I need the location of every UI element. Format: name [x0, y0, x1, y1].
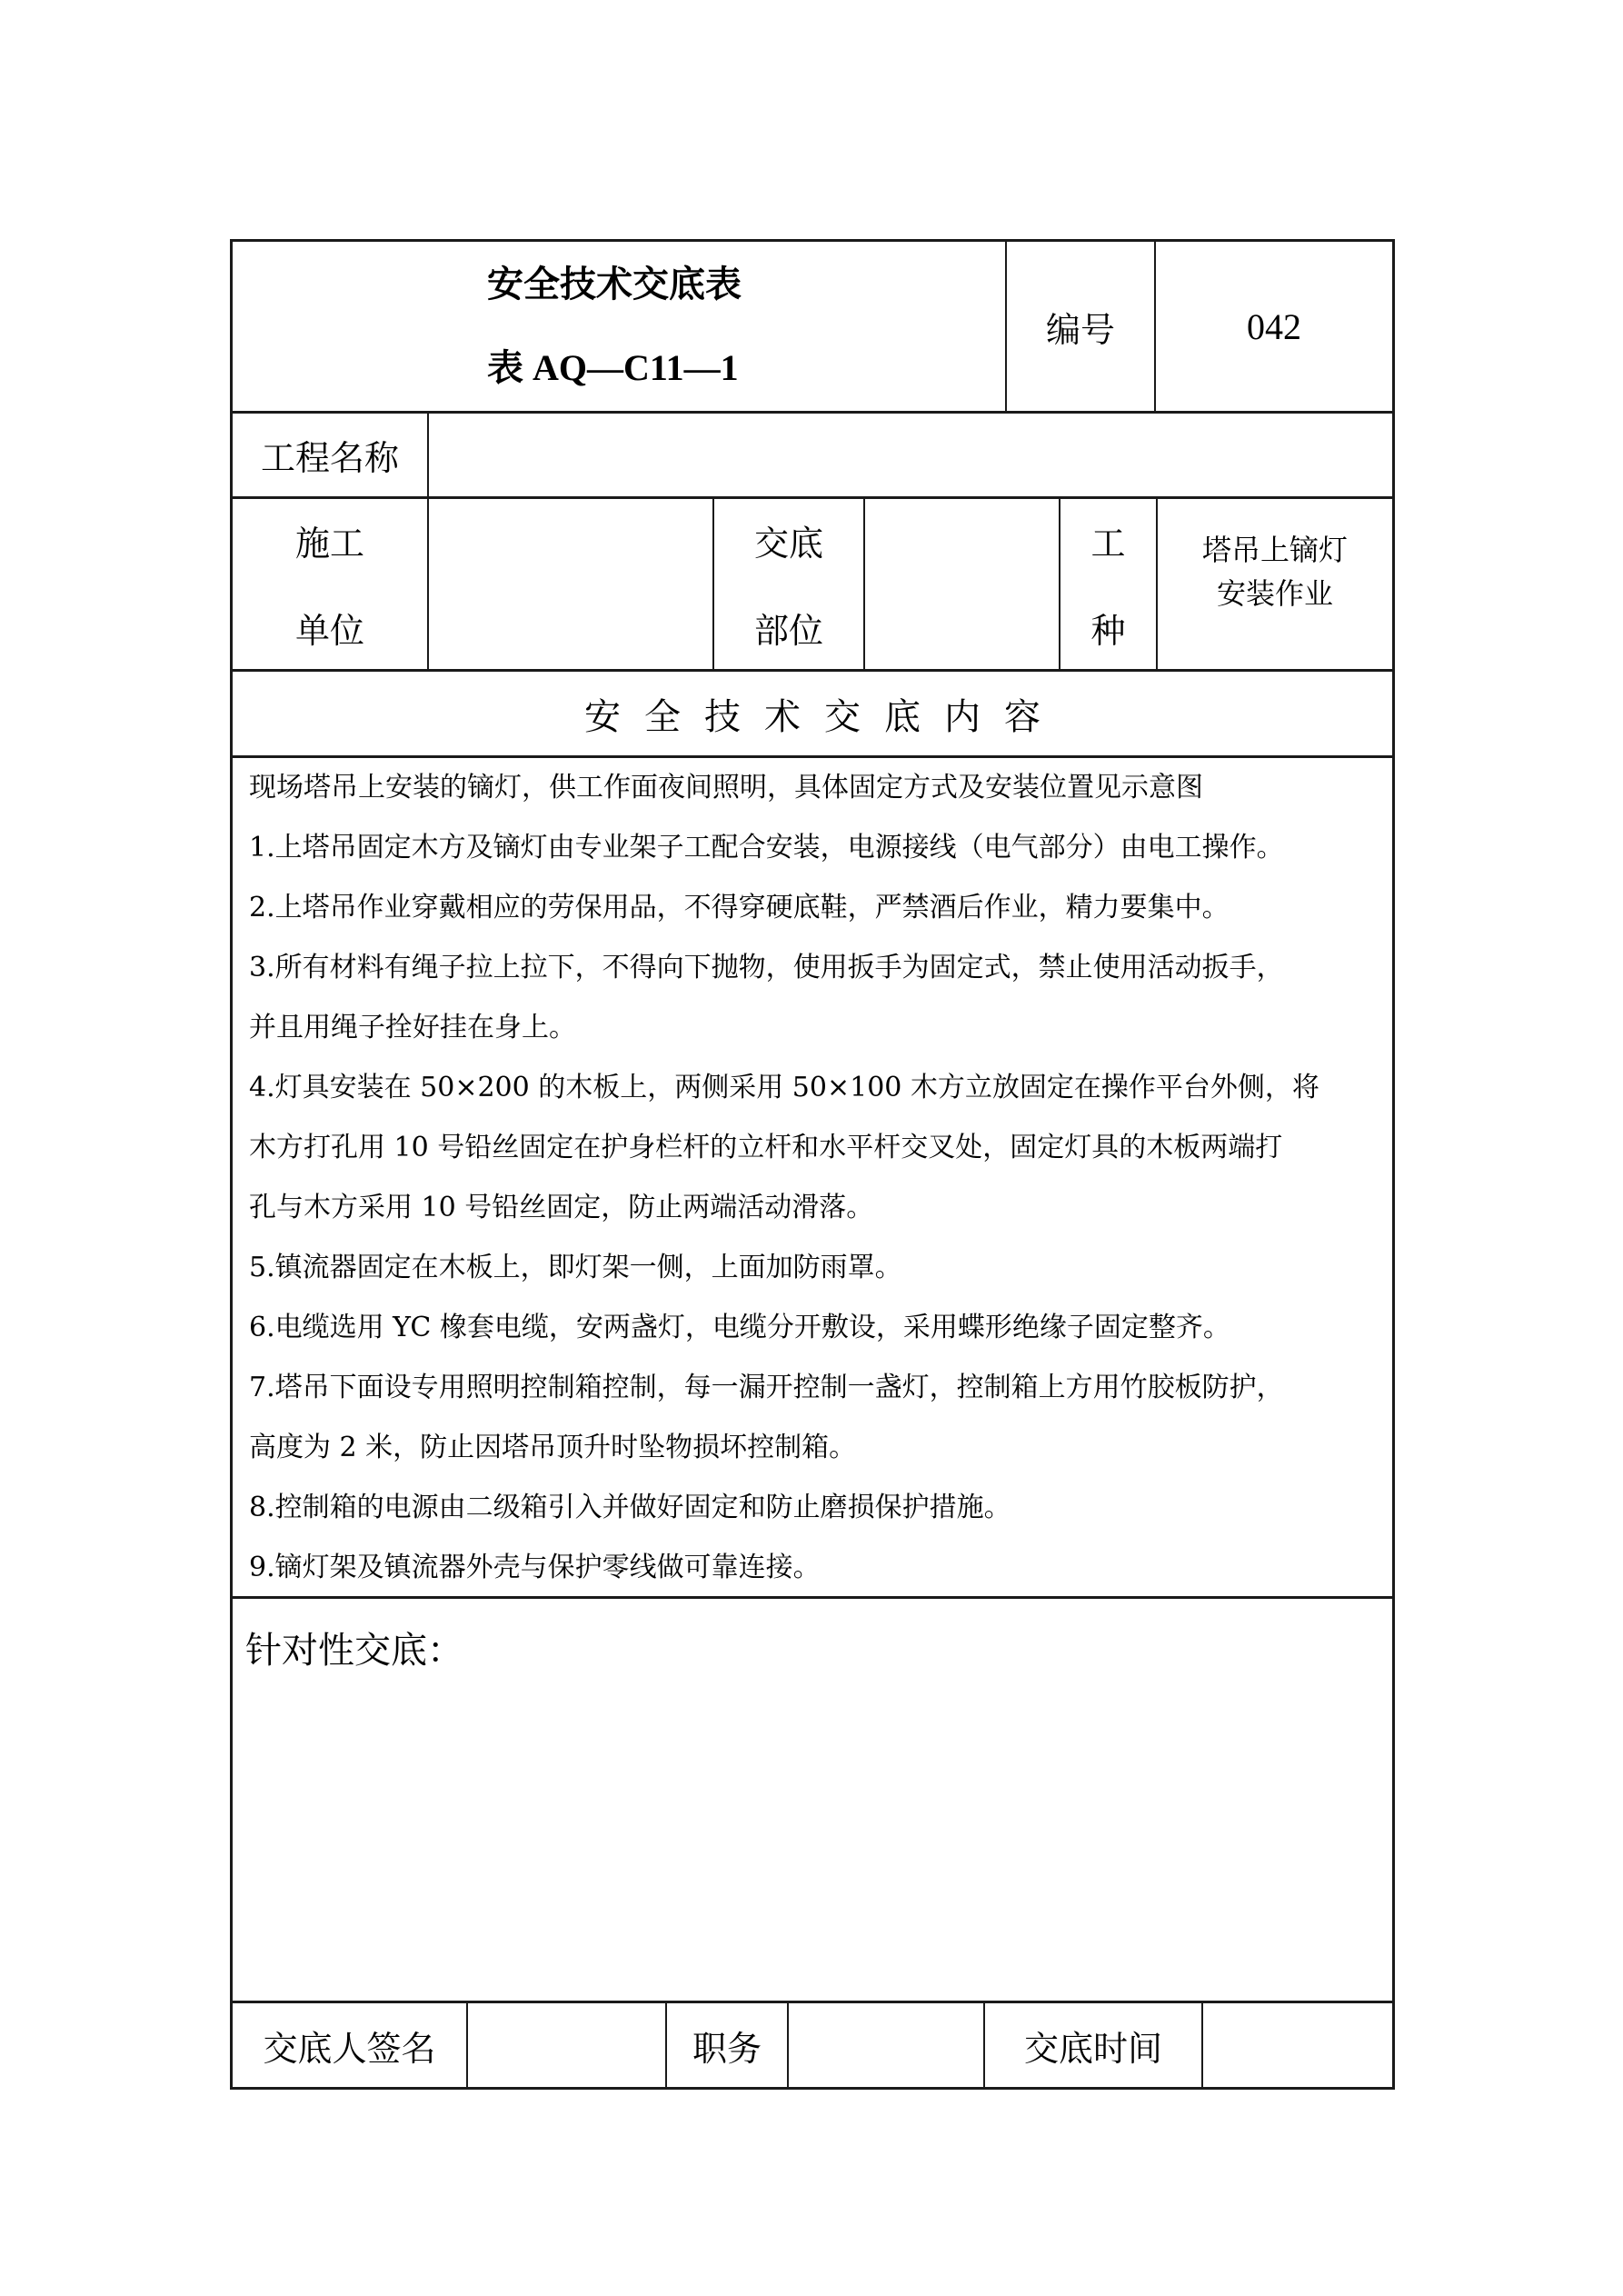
border-bottom	[230, 2087, 1395, 2090]
content-section-heading: 安全技术交底内容	[233, 672, 1392, 755]
form-title: 安全技术交底表	[487, 266, 742, 303]
content-line: 2.上塔吊作业穿戴相应的劳保用品，不得穿硬底鞋，严禁酒后作业，精力要集中。	[249, 894, 1230, 922]
signer-label: 交底人签名	[233, 2003, 466, 2087]
content-line: 高度为 2 米，防止因塔吊顶升时坠物损坏控制箱。	[249, 1434, 856, 1462]
briefing-location-field[interactable]	[865, 499, 1059, 669]
trade-label: 工 种	[1060, 499, 1156, 669]
targeted-briefing-field[interactable]	[233, 1691, 1392, 2000]
row-divider-4	[230, 755, 1395, 758]
content-line: 7.塔吊下面设专用照明控制箱控制，每一漏开控制一盏灯，控制箱上方用竹胶板防护，	[249, 1374, 1284, 1402]
date-label-text: 交底时间	[1024, 2021, 1162, 2071]
content-line: 6.电缆选用 YC 橡套电缆，安两盏灯，电缆分开敷设，采用蝶形绝缘子固定整齐。	[249, 1314, 1230, 1342]
project-name-field[interactable]	[429, 414, 1392, 496]
content-line: 5.镇流器固定在木板上，即灯架一侧，上面加防雨罩。	[249, 1254, 902, 1282]
briefing-location-label: 交底 部位	[714, 499, 863, 669]
row-divider-5	[230, 1596, 1395, 1599]
unit-label-line1: 施工	[295, 515, 364, 565]
content-line: 9.镝灯架及镇流器外壳与保护零线做可靠连接。	[249, 1554, 821, 1582]
location-label-line1: 交底	[754, 515, 823, 565]
trade-value-line2: 安装作业	[1217, 572, 1333, 615]
content-line: 孔与木方采用 10 号铅丝固定，防止两端活动滑落。	[249, 1194, 873, 1222]
trade-label-line1: 工	[1090, 515, 1125, 565]
form-code: 表 AQ—C11—1	[487, 350, 739, 386]
content-line: 4.灯具安装在 50×200 的木板上，两侧采用 50×100 木方立放固定在操…	[249, 1074, 1319, 1102]
trade-field[interactable]: 塔吊上镝灯 安装作业	[1158, 499, 1392, 669]
form-title-block: 安全技术交底表 表 AQ—C11—1	[487, 250, 941, 404]
project-name-label: 工程名称	[233, 414, 427, 496]
number-value-text: 042	[1247, 305, 1301, 348]
border-right	[1392, 239, 1395, 2090]
safety-briefing-form: 安全技术交底表 表 AQ—C11—1 编号 042 工程名称 施工 单位 交底 …	[0, 0, 1623, 2296]
trade-value-line1: 塔吊上镝灯	[1202, 528, 1348, 572]
content-line: 并且用绳子拴好挂在身上。	[249, 1014, 576, 1042]
targeted-briefing-label: 针对性交底：	[245, 1632, 463, 1669]
number-value[interactable]: 042	[1156, 242, 1392, 411]
content-line: 现场塔吊上安装的镝灯，供工作面夜间照明，具体固定方式及安装位置见示意图	[249, 774, 1203, 802]
construction-unit-field[interactable]	[429, 499, 712, 669]
content-line: 木方打孔用 10 号铅丝固定在护身栏杆的立杆和水平杆交叉处，固定灯具的木板两端打	[249, 1134, 1282, 1162]
briefing-date-label: 交底时间	[985, 2003, 1201, 2087]
position-label: 职务	[667, 2003, 787, 2087]
number-label-text: 编号	[1046, 302, 1115, 352]
content-line: 1.上塔吊固定木方及镝灯由专业架子工配合安装，电源接线（电气部分）由电工操作。	[249, 834, 1284, 862]
location-label-line2: 部位	[754, 603, 823, 653]
trade-label-line2: 种	[1090, 603, 1125, 653]
content-line: 3.所有材料有绳子拉上拉下，不得向下抛物，使用扳手为固定式，禁止使用活动扳手，	[249, 954, 1284, 982]
signer-field[interactable]	[468, 2003, 665, 2087]
project-name-label-text: 工程名称	[261, 430, 399, 480]
unit-label-line2: 单位	[295, 603, 364, 653]
signer-label-text: 交底人签名	[263, 2021, 435, 2071]
position-label-text: 职务	[692, 2021, 762, 2071]
position-field[interactable]	[789, 2003, 983, 2087]
content-heading-text: 安全技术交底内容	[584, 688, 1064, 740]
briefing-date-field[interactable]	[1203, 2003, 1392, 2087]
content-line: 8.控制箱的电源由二级箱引入并做好固定和防止磨损保护措施。	[249, 1494, 1011, 1522]
number-label: 编号	[1007, 242, 1154, 411]
construction-unit-label: 施工 单位	[233, 499, 427, 669]
